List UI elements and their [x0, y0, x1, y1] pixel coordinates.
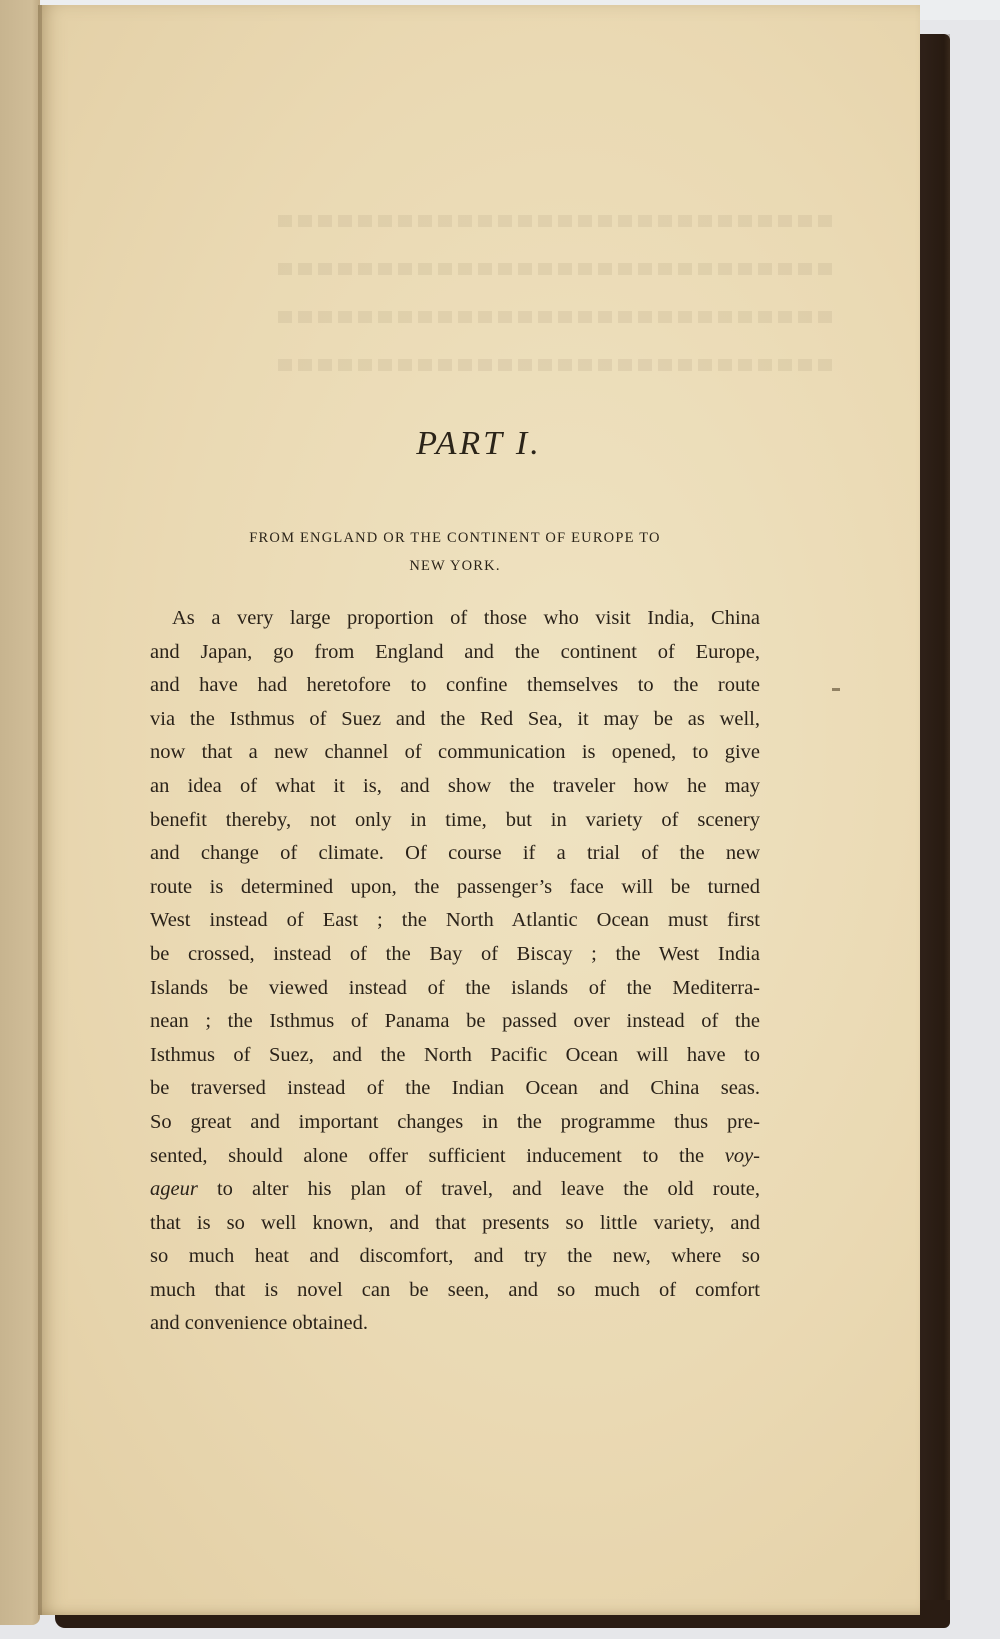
subtitle-line: FROM ENGLAND OR THE CONTINENT OF EUROPE … — [200, 524, 710, 552]
text-line: that is so well known, and that presents… — [150, 1207, 760, 1241]
part-title: PART I. — [38, 425, 920, 463]
text-line: nean ; the Isthmus of Panama be passed o… — [150, 1005, 760, 1039]
margin-mark — [832, 688, 840, 691]
show-through-text — [278, 215, 838, 375]
text-fragment: to alter his plan of travel, and leave t… — [217, 1178, 760, 1200]
text-line: West instead of East ; the North Atlanti… — [150, 904, 760, 938]
text-line: via the Isthmus of Suez and the Red Sea,… — [150, 703, 760, 737]
text-line: Isthmus of Suez, and the North Pacific O… — [150, 1039, 760, 1073]
text-line: sented, should alone offer sufficient in… — [150, 1140, 760, 1174]
text-line: route is determined upon, the passenger’… — [150, 871, 760, 905]
text-line: benefit thereby, not only in time, but i… — [150, 804, 760, 838]
text-line: and convenience obtained. — [150, 1307, 760, 1341]
text-line: and Japan, go from England and the conti… — [150, 636, 760, 670]
text-fragment: sented, should alone offer sufficient in… — [150, 1145, 704, 1167]
text-line: so much heat and discomfort, and try the… — [150, 1240, 760, 1274]
text-line: be crossed, instead of the Bay of Biscay… — [150, 938, 760, 972]
text-line: now that a new channel of communication … — [150, 736, 760, 770]
body-paragraph: As a very large proportion of those who … — [150, 602, 760, 1341]
italic-word: voy- — [725, 1145, 760, 1167]
facing-page-edge — [0, 0, 40, 1625]
text-line: an idea of what it is, and show the trav… — [150, 770, 760, 804]
text-line: and change of climate. Of course if a tr… — [150, 837, 760, 871]
text-line: and have had heretofore to confine thems… — [150, 669, 760, 703]
subtitle-line: NEW YORK. — [200, 552, 710, 580]
text-line: be traversed instead of the Indian Ocean… — [150, 1072, 760, 1106]
text-line: Islands be viewed instead of the islands… — [150, 972, 760, 1006]
chapter-subtitle: FROM ENGLAND OR THE CONTINENT OF EUROPE … — [200, 524, 710, 580]
text-line: ageur to alter his plan of travel, and l… — [150, 1173, 760, 1207]
text-line: As a very large proportion of those who … — [150, 602, 760, 636]
italic-word: ageur — [150, 1178, 198, 1200]
text-line: So great and important changes in the pr… — [150, 1106, 760, 1140]
text-line: much that is novel can be seen, and so m… — [150, 1274, 760, 1308]
